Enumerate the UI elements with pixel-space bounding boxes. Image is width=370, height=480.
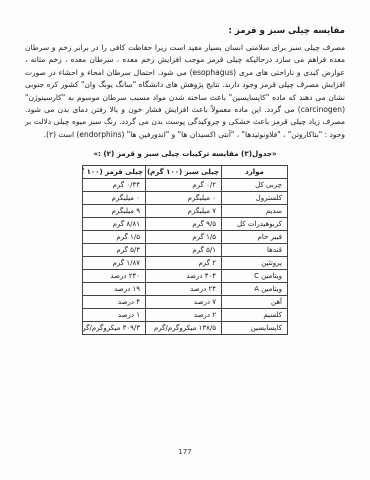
- column-header: موارد: [222, 166, 288, 179]
- table-row: سدیم۷ میلیگرم۹ میلیگرم: [83, 205, 288, 218]
- table-row: قندها۵/۱ گرم۵/۳ گرم: [83, 244, 288, 257]
- value-cell: ۱ درصد: [83, 309, 146, 322]
- value-cell: ۳۰۹/۳ میکروگرم/گرم: [83, 322, 146, 335]
- value-cell: ۸/۸۱ گرم: [83, 218, 146, 231]
- value-cell: ۴ درصد: [83, 296, 146, 309]
- item-cell: سدیم: [222, 205, 288, 218]
- comparison-table: مواردچیلی سبز (۱۰۰ گرم)چیلی قرمز (۱۰۰ گر…: [82, 165, 288, 335]
- column-header: چیلی قرمز (۱۰۰ گرم): [83, 166, 146, 179]
- table-row: آهن۷ درصد۴ درصد: [83, 296, 288, 309]
- value-cell: ۲۴ درصد: [146, 283, 222, 296]
- item-cell: ویتامین C: [222, 270, 288, 283]
- table-row: کلسیم۲ درصد۱ درصد: [83, 309, 288, 322]
- value-cell: ۲۴۰ درصد: [83, 270, 146, 283]
- body-paragraph: مصرف چیلی سبز برای سلامتی انسان بسیار مف…: [25, 42, 345, 141]
- table-row: ویتامین A۲۴ درصد۱۹ درصد: [83, 283, 288, 296]
- table-row: پروتئین۲ گرم۱/۸۷ گرم: [83, 257, 288, 270]
- value-cell: ۱۹ درصد: [83, 283, 146, 296]
- item-cell: کلسیم: [222, 309, 288, 322]
- page-title: مقایسه چیلی سبز و قرمز :: [25, 26, 345, 36]
- table-body: چربی کل۰/۲ گرم۰/۴۴ گرمکلسترول۰ میلیگرم۰ …: [83, 179, 288, 335]
- value-cell: ۵/۳ گرم: [83, 244, 146, 257]
- item-cell: پروتئین: [222, 257, 288, 270]
- value-cell: ۹/۵ گرم: [146, 218, 222, 231]
- value-cell: ۷ میلیگرم: [146, 205, 222, 218]
- table-row: کاپسایسین۱۳۸/۵ میکروگرم/گرم۳۰۹/۳ میکروگر…: [83, 322, 288, 335]
- value-cell: ۵/۱ گرم: [146, 244, 222, 257]
- table-row: ویتامین C۴۰۴ درصد۲۴۰ درصد: [83, 270, 288, 283]
- value-cell: ۱/۸۷ گرم: [83, 257, 146, 270]
- document-page: مقایسه چیلی سبز و قرمز : مصرف چیلی سبز ب…: [0, 0, 370, 480]
- item-cell: فیبر خام: [222, 231, 288, 244]
- value-cell: ۱۳۸/۵ میکروگرم/گرم: [146, 322, 222, 335]
- value-cell: ۹ میلیگرم: [83, 205, 146, 218]
- item-cell: ویتامین A: [222, 283, 288, 296]
- page-number: 177: [0, 448, 370, 456]
- table-header-row: مواردچیلی سبز (۱۰۰ گرم)چیلی قرمز (۱۰۰ گر…: [83, 166, 288, 179]
- value-cell: ۰ میلیگرم: [146, 192, 222, 205]
- value-cell: ۱/۵ گرم: [146, 231, 222, 244]
- value-cell: ۲ درصد: [146, 309, 222, 322]
- table-row: فیبر خام۱/۵ گرم۱/۵ گرم: [83, 231, 288, 244]
- item-cell: آهن: [222, 296, 288, 309]
- item-cell: چربی کل: [222, 179, 288, 192]
- value-cell: ۰/۴۴ گرم: [83, 179, 146, 192]
- value-cell: ۰ میلیگرم: [83, 192, 146, 205]
- value-cell: ۲ گرم: [146, 257, 222, 270]
- value-cell: ۷ درصد: [146, 296, 222, 309]
- table-caption: «جدول(۳) مقایسه ترکیبات چیلی سبز و قرمز …: [25, 149, 345, 158]
- table-row: کربوهیدرات کل۹/۵ گرم۸/۸۱ گرم: [83, 218, 288, 231]
- item-cell: قندها: [222, 244, 288, 257]
- column-header: چیلی سبز (۱۰۰ گرم): [146, 166, 222, 179]
- table-header: مواردچیلی سبز (۱۰۰ گرم)چیلی قرمز (۱۰۰ گر…: [83, 166, 288, 179]
- item-cell: کلسترول: [222, 192, 288, 205]
- value-cell: ۰/۲ گرم: [146, 179, 222, 192]
- table-row: کلسترول۰ میلیگرم۰ میلیگرم: [83, 192, 288, 205]
- value-cell: ۴۰۴ درصد: [146, 270, 222, 283]
- value-cell: ۱/۵ گرم: [83, 231, 146, 244]
- item-cell: کربوهیدرات کل: [222, 218, 288, 231]
- item-cell: کاپسایسین: [222, 322, 288, 335]
- table-row: چربی کل۰/۲ گرم۰/۴۴ گرم: [83, 179, 288, 192]
